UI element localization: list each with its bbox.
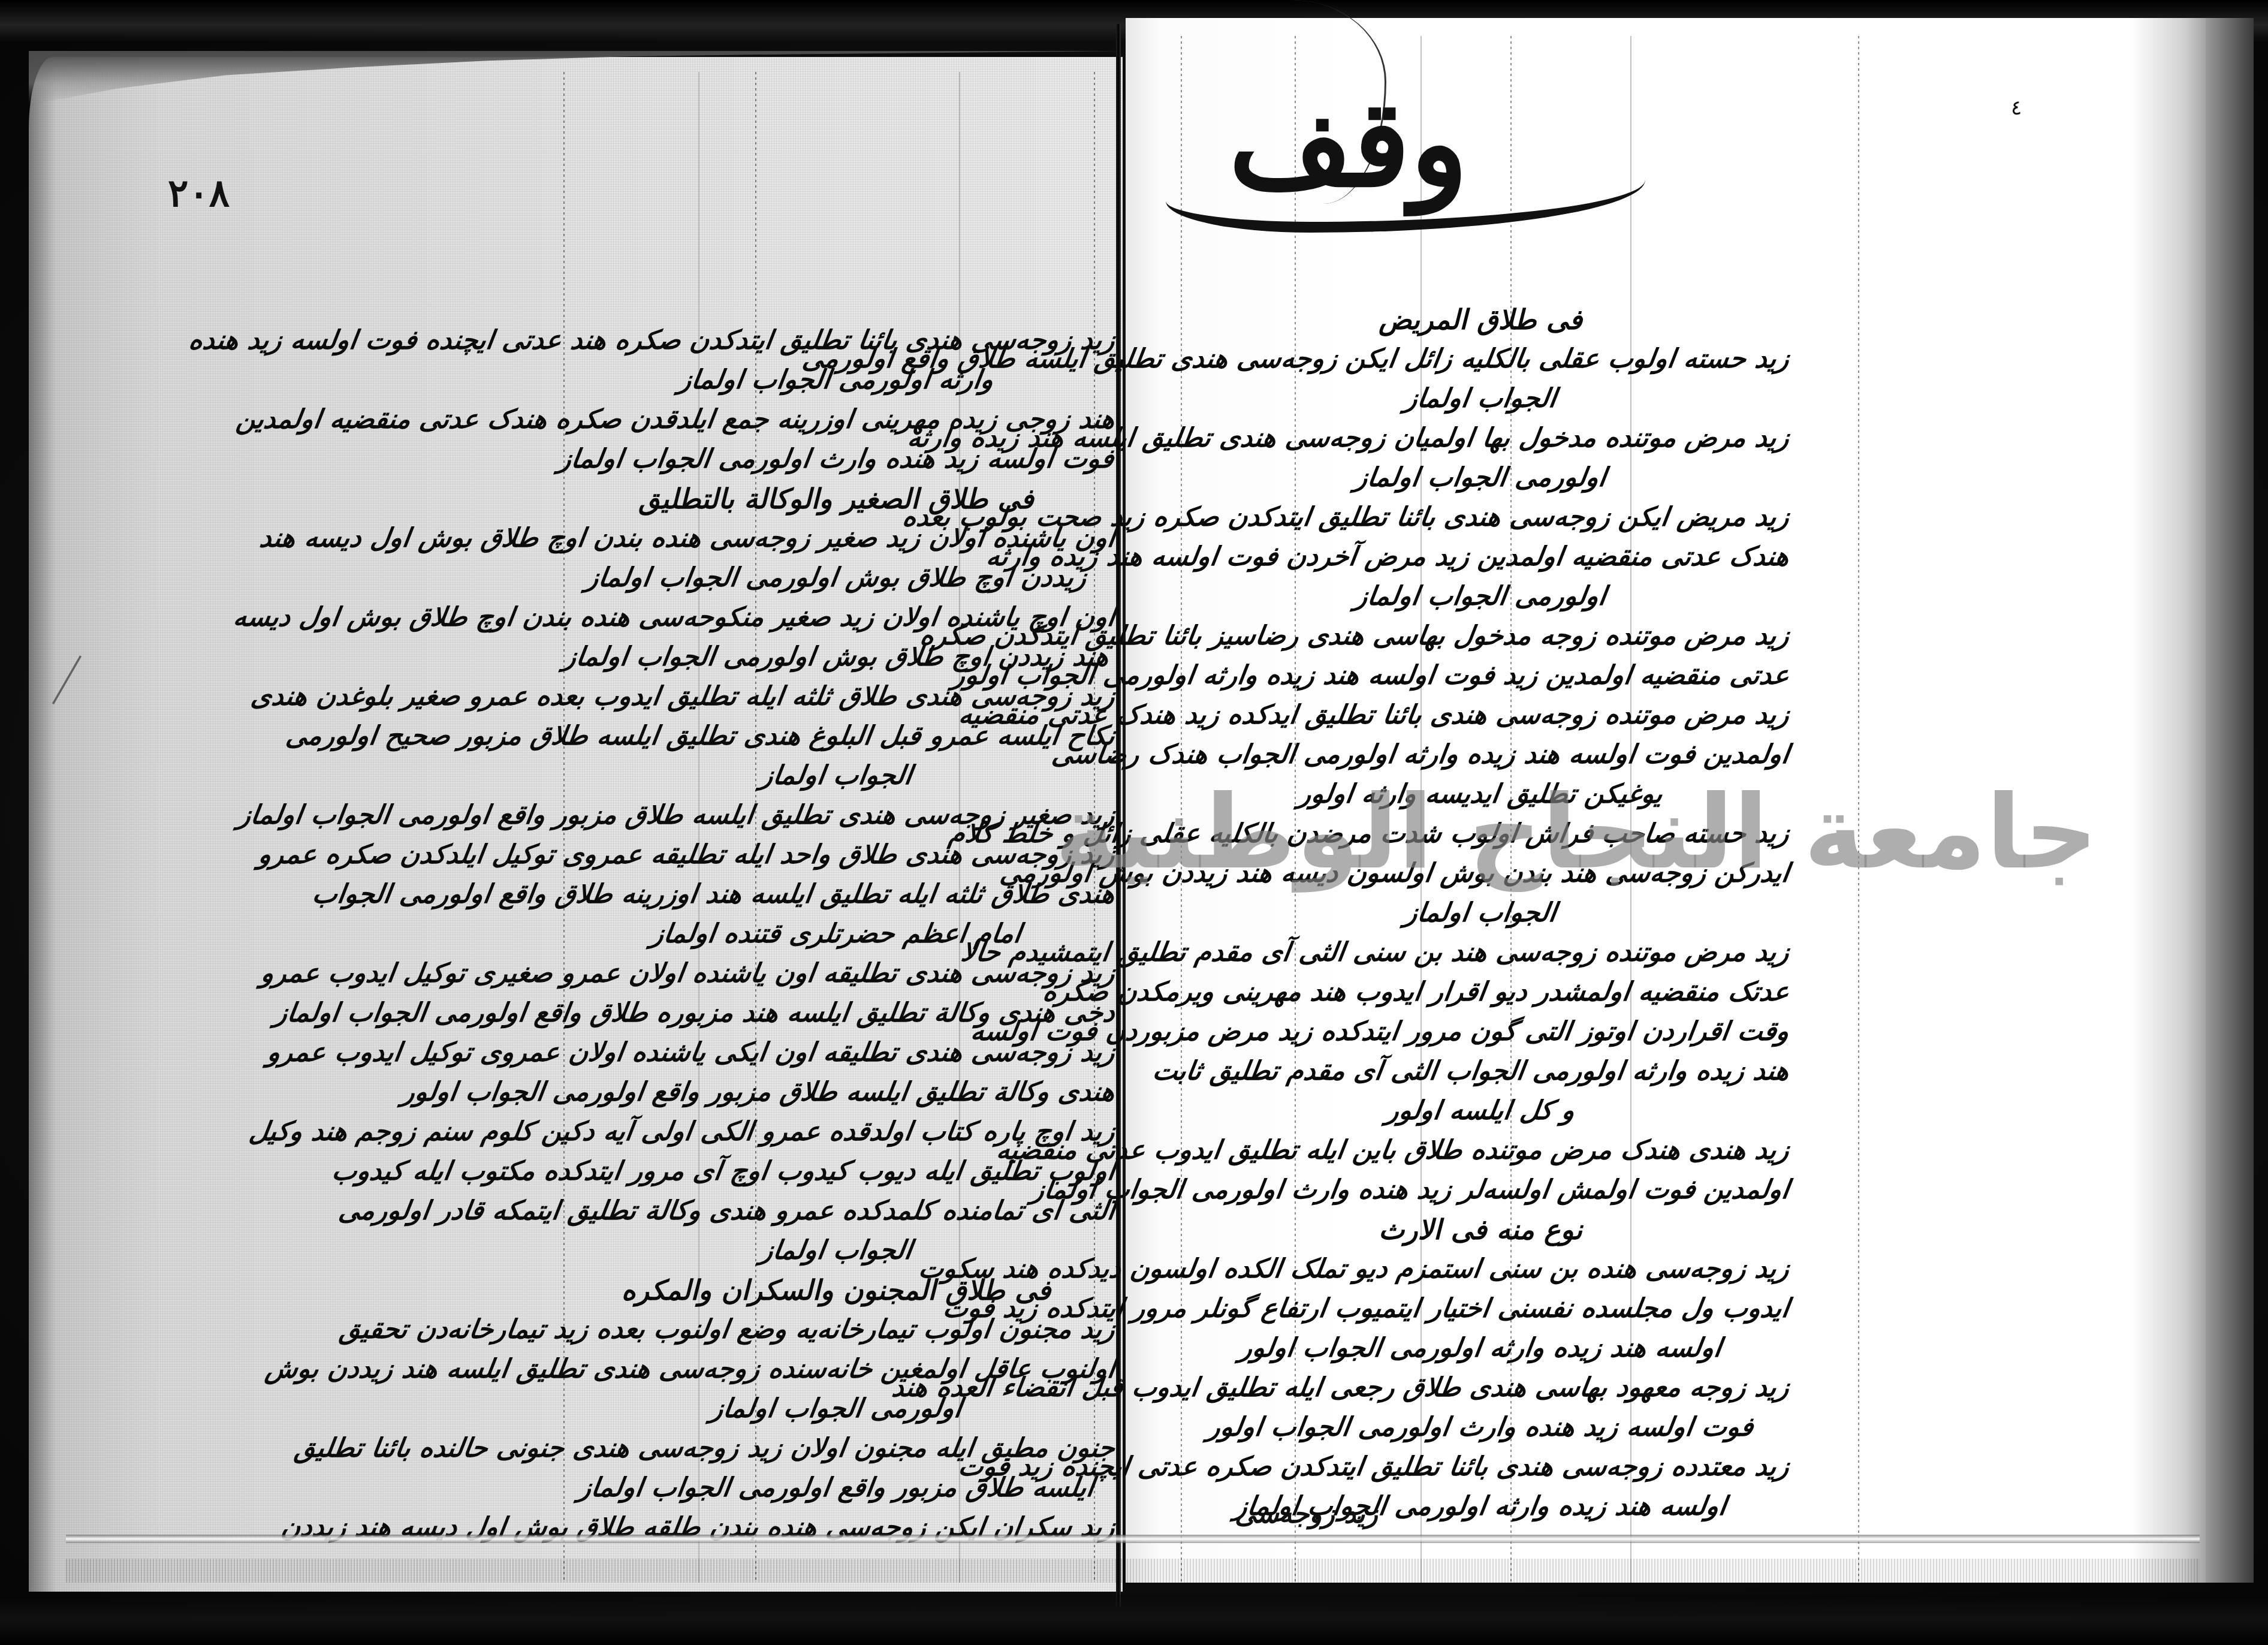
section-heading: فی طلاق المریض — [1172, 300, 1789, 339]
text-line: جنون مطبق ایله مجنون اولان زید زوجه‌سی ه… — [554, 1429, 1117, 1468]
corner-mark: ٤ — [2011, 96, 2022, 120]
section-heading: فی طلاق المجنون والسکران والمکره — [557, 1270, 1115, 1310]
catchword: زید زوجه‌سی — [1235, 1499, 1378, 1529]
text-line: یوغیکن تطلیق ایدیسه وارثه اولور — [1169, 775, 1792, 814]
text-line: اولنوب عاقل اولمغین خانه‌سنده زوجه‌سی هن… — [554, 1349, 1117, 1389]
text-line: نکاح ایلسه عمرو قبل البلوغ هندی تطلیق ای… — [554, 716, 1117, 756]
section-heading: نوع منه فی الارث — [1172, 1210, 1789, 1249]
text-line: زید مرض موتنده زوجه مدخول بهاسی هندی رضا… — [1169, 616, 1792, 656]
text-line: زید زوجه معهود بهاسی هندی طلاق رجعی ایله… — [1169, 1368, 1792, 1408]
text-line: امام اعظم حضرتلری قتنده اولماز — [554, 914, 1117, 954]
text-line: ایدوب ول مجلسده نفسنی اختیار ایتمیوب ارت… — [1169, 1289, 1792, 1328]
text-line: وقت اقراردن اوتوز التی گون مرور ایتدکده … — [1169, 1012, 1792, 1052]
text-line: الجواب اولماز — [554, 1231, 1117, 1270]
text-line: زید اوچ پاره کتاب اولدقده عمرو الکی اولی… — [554, 1112, 1117, 1152]
scan-bottom-shadow — [0, 1595, 2268, 1645]
text-line: الجواب اولماز — [1169, 379, 1792, 418]
scan-fold-streak — [66, 1535, 2200, 1543]
text-line: الجواب اولماز — [1169, 893, 1792, 933]
text-line: زید زوجه‌سی هندی طلاق ثلثه ایله تطلیق ای… — [554, 677, 1117, 716]
text-line: زید حسته اولوب عقلی بالکلیه زائل ایکن زو… — [1169, 339, 1792, 379]
text-line: هندی وکالة تطلیق ایلسه طلاق مزبور واقع ا… — [554, 1072, 1117, 1112]
text-line: اون اوچ یاشنده اولان زید صغیر منکوحه‌سی … — [554, 598, 1117, 637]
text-line: زید زوجه‌سی هنده بن سنی استمزم دیو تملک … — [1169, 1249, 1792, 1289]
text-line: زید هندی هندک مرض موتنده طلاق باین ایله … — [1169, 1131, 1792, 1170]
text-line: فوت اولسه زید هنده وارث اولورمی الجواب ا… — [1169, 1408, 1792, 1447]
scan-noise-band — [66, 1559, 2200, 1583]
right-page-text: فی طلاق المریض زید حسته اولوب عقلی بالکل… — [1172, 300, 1789, 1526]
text-line: عدتی منقضیه اولمدین زید فوت اولسه هند زی… — [1169, 656, 1792, 695]
text-line: اون یاشنده اولان زید صغیر زوجه‌سی هنده ب… — [554, 519, 1117, 558]
text-line: زید زوجه‌سی هندی تطلیقه اون ایکی یاشنده … — [554, 1033, 1117, 1072]
text-line: اولورمی الجواب اولماز — [1169, 577, 1792, 616]
text-line: اولوب تطلیق ایله دیوب کیدوب اوچ آی مرور … — [554, 1152, 1117, 1191]
text-line: زید زوجه‌سی هندی بائنا تطلیق ایتدکدن صکر… — [554, 321, 1117, 360]
text-line: اولورمی الجواب اولماز — [1169, 458, 1792, 498]
text-line: ایلسه طلاق مزبور واقع اولورمی الجواب اول… — [554, 1468, 1117, 1508]
text-line: هند زوجی زیده مهرینی اوزرینه جمع ایلدقدن… — [554, 400, 1117, 439]
text-line: هند زیددن اوچ طلاق بوش اولورمی الجواب او… — [554, 637, 1117, 677]
text-line: اولورمی الجواب اولماز — [554, 1389, 1117, 1429]
text-line: زید زوجه‌سی هندی تطلیقه اون یاشنده اولان… — [554, 954, 1117, 993]
text-line: هندی طلاق ثلثه ایله تطلیق ایلسه هند اوزر… — [554, 875, 1117, 914]
text-line: اولمدین فوت اولسه هند زیده وارثه اولورمی… — [1169, 735, 1792, 775]
text-line: الثی آی تمامنده کلمدکده عمرو هندی وکالة … — [554, 1191, 1117, 1231]
text-line: زید مرض موتنده مدخول بها اولمیان زوجه‌سی… — [1169, 418, 1792, 458]
text-line: اولسه هند زیده وارثه اولورمی الجواب اولو… — [1169, 1328, 1792, 1368]
left-page-text: زید زوجه‌سی هندی بائنا تطلیق ایتدکدن صکر… — [557, 321, 1115, 1547]
text-line: الجواب اولماز — [554, 756, 1117, 796]
text-line: زید مرض موتنده زوجه‌سی هندی بائنا تطلیق … — [1169, 695, 1792, 735]
text-line: زید مرض موتنده زوجه‌سی هند بن سنی الثی آ… — [1169, 933, 1792, 972]
text-line: زید حسته صاحب فراش اولوب شدت مرضدن بالکل… — [1169, 814, 1792, 854]
text-line: وارثه اولورمی الجواب اولماز — [554, 360, 1117, 400]
text-line: زید صغیر زوجه‌سی هندی تطلیق ایلسه طلاق م… — [554, 796, 1117, 835]
text-line: زید معتدده زوجه‌سی هندی بائنا تطلیق ایتد… — [1169, 1447, 1792, 1487]
text-line: ایدرکن زوجه‌سی هند بندن بوش اولسون دیسه … — [1169, 854, 1792, 893]
text-line: زیددن اوچ طلاق بوش اولورمی الجواب اولماز — [554, 558, 1117, 598]
text-line: فوت اولسه زید هنده وارث اولورمی الجواب ا… — [554, 439, 1117, 479]
text-line: زید زوجه‌سی هندی طلاق واحد ایله تطلیقه ع… — [554, 835, 1117, 875]
text-line: دخی هندی وکالة تطلیق ایلسه هند مزبوره طل… — [554, 993, 1117, 1033]
text-line: اولمدین فوت اولمش اولسه‌لر زید هنده وارث… — [1169, 1170, 1792, 1210]
section-heading: فی طلاق الصغیر والوکالة بالتطلیق — [557, 479, 1115, 519]
page-number: ٢٠٨ — [168, 171, 230, 216]
text-line: زید مجنون اولوب تیمارخانه‌یه وضع اولنوب … — [554, 1310, 1117, 1349]
text-line: عدتک منقضیه اولمشدر دیو اقرار ایدوب هند … — [1169, 972, 1792, 1012]
text-line: هند زیده وارثه اولورمی الجواب الثی آی مق… — [1169, 1052, 1792, 1091]
text-line: هندک عدتی منقضیه اولمدین زید مرض آخردن ف… — [1169, 537, 1792, 577]
ruling-line — [1858, 36, 1859, 1583]
text-line: زید مریض ایکن زوجه‌سی هندی بائنا تطلیق ا… — [1169, 498, 1792, 537]
text-line: و کل ایلسه اولور — [1169, 1091, 1792, 1131]
